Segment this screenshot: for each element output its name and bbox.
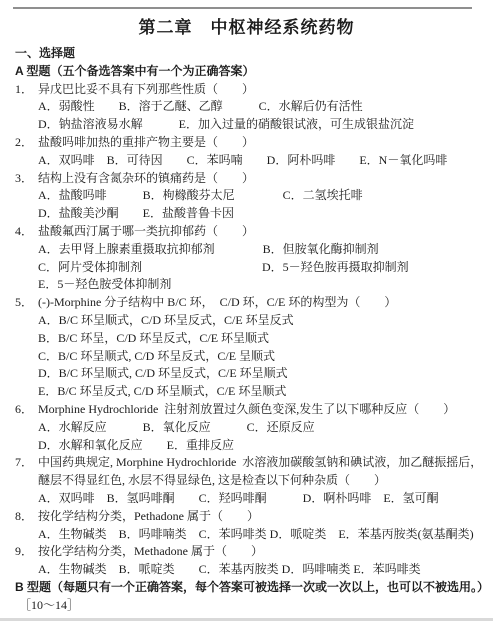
question-stem-line: 7．中国药典规定, Morphine Hydrochloride 水溶液加碳酸氢… [15, 454, 487, 472]
question-block: 5．(-)-Morphine 分子结构中 B/C 环， C/D 环，C/E 环的… [15, 294, 487, 401]
option-line: A．B/C 环呈顺式，C/D 环呈反式，C/E 环呈反式 [38, 312, 487, 330]
option-line: E．B/C 环呈反式, C/D 环呈顺式，C/E 环呈顺式 [38, 383, 487, 401]
question-block: 3．结构上没有含氮杂环的镇痛药是（ ）A．盐酸吗啡 B．枸橼酸芬太尼 C．二氢埃… [15, 170, 487, 223]
option-line: D．水解和氧化反应 E．重排反应 [38, 437, 487, 455]
type-b-range: ［10～14］ [15, 597, 487, 615]
option-line: D．盐酸美沙酮 E．盐酸普鲁卡因 [38, 205, 487, 223]
option-line: C．阿片受体抑制剂 D．5－羟色胺再摄取抑制剂 [38, 259, 487, 277]
type-b-heading: B 型题（每题只有一个正确答案，每个答案可被选择一次或一次以上，也可以不被选用。… [15, 579, 487, 597]
option-line: B．B/C 环呈，C/D 环呈反式，C/E 环呈顺式 [38, 330, 487, 348]
question-stem-line: 6．Morphine Hydrochloride 注射剂放置过久颜色变深,发生了… [15, 401, 487, 419]
option-line: A．水解反应 B．氧化反应 C．还原反应 [38, 419, 487, 437]
question-stem: (-)-Morphine 分子结构中 B/C 环， C/D 环，C/E 环的构型… [38, 295, 396, 309]
question-stem: 按化学结构分类，Pethadone 属于（ ） [38, 509, 259, 523]
option-line: D．钠盐溶液易水解 E．加入过量的硝酸银试液，可生成银盐沉淀 [38, 116, 487, 134]
question-stem: 异戊巴比妥不具有下列那些性质（ ） [38, 82, 254, 96]
option-line: A．生物碱类 B．吗啡喃类 C．苯吗啡类 D．哌啶类 E．苯基丙胺类(氨基酮类) [38, 526, 487, 544]
questions: 1．异戊巴比妥不具有下列那些性质（ ）A．弱酸性 B．溶于乙醚、乙醇 C．水解后… [15, 81, 487, 579]
exam-content: 一、选择题 A 型题（五个备选答案中有一个为正确答案） 1．异戊巴比妥不具有下列… [0, 43, 493, 615]
option-line: A．双吗啡 B．氢吗啡酮 C．羟吗啡酮 D．啊朴吗啡 E．氢可酮 [38, 490, 487, 508]
question-stem: 中国药典规定, Morphine Hydrochloride 水溶液加碳酸氢钠和… [38, 455, 482, 469]
question-number: 1． [15, 81, 38, 99]
question-stem-line: 3．结构上没有含氮杂环的镇痛药是（ ） [15, 170, 487, 188]
question-block: 1．异戊巴比妥不具有下列那些性质（ ）A．弱酸性 B．溶于乙醚、乙醇 C．水解后… [15, 81, 487, 134]
question-number: 7． [15, 454, 38, 472]
question-stem-line: 9．按化学结构分类，Methadone 属于（ ） [15, 543, 487, 561]
question-stem-line: 5．(-)-Morphine 分子结构中 B/C 环， C/D 环，C/E 环的… [15, 294, 487, 312]
question-stem-continuation: 醚层不得显红色, 水层不得显绿色, 这是检查以下何种杂质（ ） [38, 472, 487, 490]
question-stem-line: 2．盐酸吗啡加热的重排产物主要是（ ） [15, 134, 487, 152]
question-number: 2． [15, 134, 38, 152]
question-stem: 结构上没有含氮杂环的镇痛药是（ ） [38, 171, 254, 185]
question-stem: 按化学结构分类，Methadone 属于（ ） [38, 544, 263, 558]
question-block: 9．按化学结构分类，Methadone 属于（ ）A．生物碱类 B．哌啶类 C．… [15, 543, 487, 579]
question-block: 7．中国药典规定, Morphine Hydrochloride 水溶液加碳酸氢… [15, 454, 487, 507]
question-number: 8． [15, 508, 38, 526]
question-number: 6． [15, 401, 38, 419]
question-stem-line: 4．盐酸氟西汀属于哪一类抗抑郁药（ ） [15, 223, 487, 241]
question-number: 3． [15, 170, 38, 188]
section-heading: 一、选择题 [15, 45, 487, 63]
type-a-heading: A 型题（五个备选答案中有一个为正确答案） [15, 63, 487, 81]
question-stem: 盐酸氟西汀属于哪一类抗抑郁药（ ） [38, 224, 254, 238]
option-line: A．弱酸性 B．溶于乙醚、乙醇 C．水解后仍有活性 [38, 98, 487, 116]
question-stem: Morphine Hydrochloride 注射剂放置过久颜色变深,发生了以下… [38, 402, 455, 416]
option-line: A．去甲肾上腺素重摄取抗抑郁剂 B．但胺氧化酶抑制剂 [38, 241, 487, 259]
question-block: 4．盐酸氟西汀属于哪一类抗抑郁药（ ）A．去甲肾上腺素重摄取抗抑郁剂 B．但胺氧… [15, 223, 487, 294]
header-rule [13, 7, 472, 9]
question-block: 2．盐酸吗啡加热的重排产物主要是（ ）A．双吗啡 B．可待因 C．苯吗喃 D．阿… [15, 134, 487, 170]
exam-page: 第二章 中枢神经系统药物 一、选择题 A 型题（五个备选答案中有一个为正确答案）… [0, 0, 493, 621]
question-number: 4． [15, 223, 38, 241]
option-line: C．B/C 环呈顺式, C/D 环呈反式，C/E 呈顺式 [38, 348, 487, 366]
option-line: A．生物碱类 B．哌啶类 C．苯基丙胺类 D．吗啡喃类 E．苯吗啡类 [38, 561, 487, 579]
question-stem: 盐酸吗啡加热的重排产物主要是（ ） [38, 135, 254, 149]
option-line: A．盐酸吗啡 B．枸橼酸芬太尼 C．二氢埃托啡 [38, 187, 487, 205]
question-block: 8．按化学结构分类，Pethadone 属于（ ）A．生物碱类 B．吗啡喃类 C… [15, 508, 487, 544]
question-stem-line: 8．按化学结构分类，Pethadone 属于（ ） [15, 508, 487, 526]
page-title: 第二章 中枢神经系统药物 [0, 17, 493, 39]
option-line: E．5－羟色胺受体抑制剂 [38, 276, 487, 294]
question-number: 9． [15, 543, 38, 561]
option-line: A．双吗啡 B．可待因 C．苯吗喃 D．阿朴吗啡 E．N－氧化吗啡 [38, 152, 487, 170]
option-line: D．B/C 环呈顺式, C/D 环呈反式，C/E 环呈顺式 [38, 365, 487, 383]
question-number: 5． [15, 294, 38, 312]
question-stem-line: 1．异戊巴比妥不具有下列那些性质（ ） [15, 81, 487, 99]
question-block: 6．Morphine Hydrochloride 注射剂放置过久颜色变深,发生了… [15, 401, 487, 454]
